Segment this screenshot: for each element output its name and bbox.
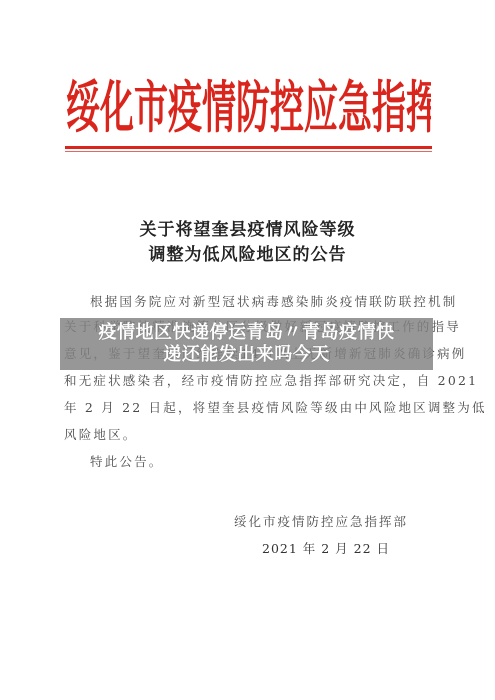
issuer-masthead: 绥 化 市 疫 情 防 控 应 急 指 挥 部 bbox=[66, 78, 431, 140]
masthead-char: 急 bbox=[338, 78, 372, 140]
headline-line-2: 递还能发出来吗今天 bbox=[60, 344, 433, 366]
masthead-char: 疫 bbox=[168, 78, 202, 140]
masthead-char: 控 bbox=[270, 78, 304, 140]
document-title-line-2: 调整为低风险地区的公告 bbox=[0, 240, 495, 265]
body-line: 特此公告。 bbox=[90, 452, 164, 470]
masthead-char: 情 bbox=[202, 78, 236, 140]
body-line: 和无症状感染者，经市疫情防控应急指挥部研究决定，自 2021 bbox=[64, 371, 478, 389]
body-line: 根据国务院应对新型冠状病毒感染肺炎疫情联防联控机制 bbox=[90, 292, 458, 310]
masthead-char: 指 bbox=[372, 78, 406, 140]
signature-date: 2021 年 2 月 22 日 bbox=[262, 539, 390, 557]
headline-line-1: 疫情地区快递停运青岛〃青岛疫情快 bbox=[60, 322, 433, 344]
masthead-char: 绥 bbox=[66, 78, 100, 140]
signature-organization: 绥化市疫情防控应急指挥部 bbox=[234, 512, 408, 530]
masthead-divider-thin bbox=[65, 151, 432, 152]
headline-overlay-text: 疫情地区快递停运青岛〃青岛疫情快 递还能发出来吗今天 bbox=[60, 318, 433, 370]
masthead-char: 挥 bbox=[406, 78, 431, 140]
masthead-char: 化 bbox=[100, 78, 134, 140]
masthead-char: 应 bbox=[304, 78, 338, 140]
body-line: 年 2 月 22 日起，将望奎县疫情风险等级由中风险地区调整为低 bbox=[64, 398, 487, 416]
masthead-char: 防 bbox=[236, 78, 270, 140]
masthead-divider-thick bbox=[65, 146, 432, 149]
document-title-line-1: 关于将望奎县疫情风险等级 bbox=[0, 215, 495, 240]
body-line: 风险地区。 bbox=[64, 425, 138, 443]
masthead-char: 市 bbox=[134, 78, 168, 140]
